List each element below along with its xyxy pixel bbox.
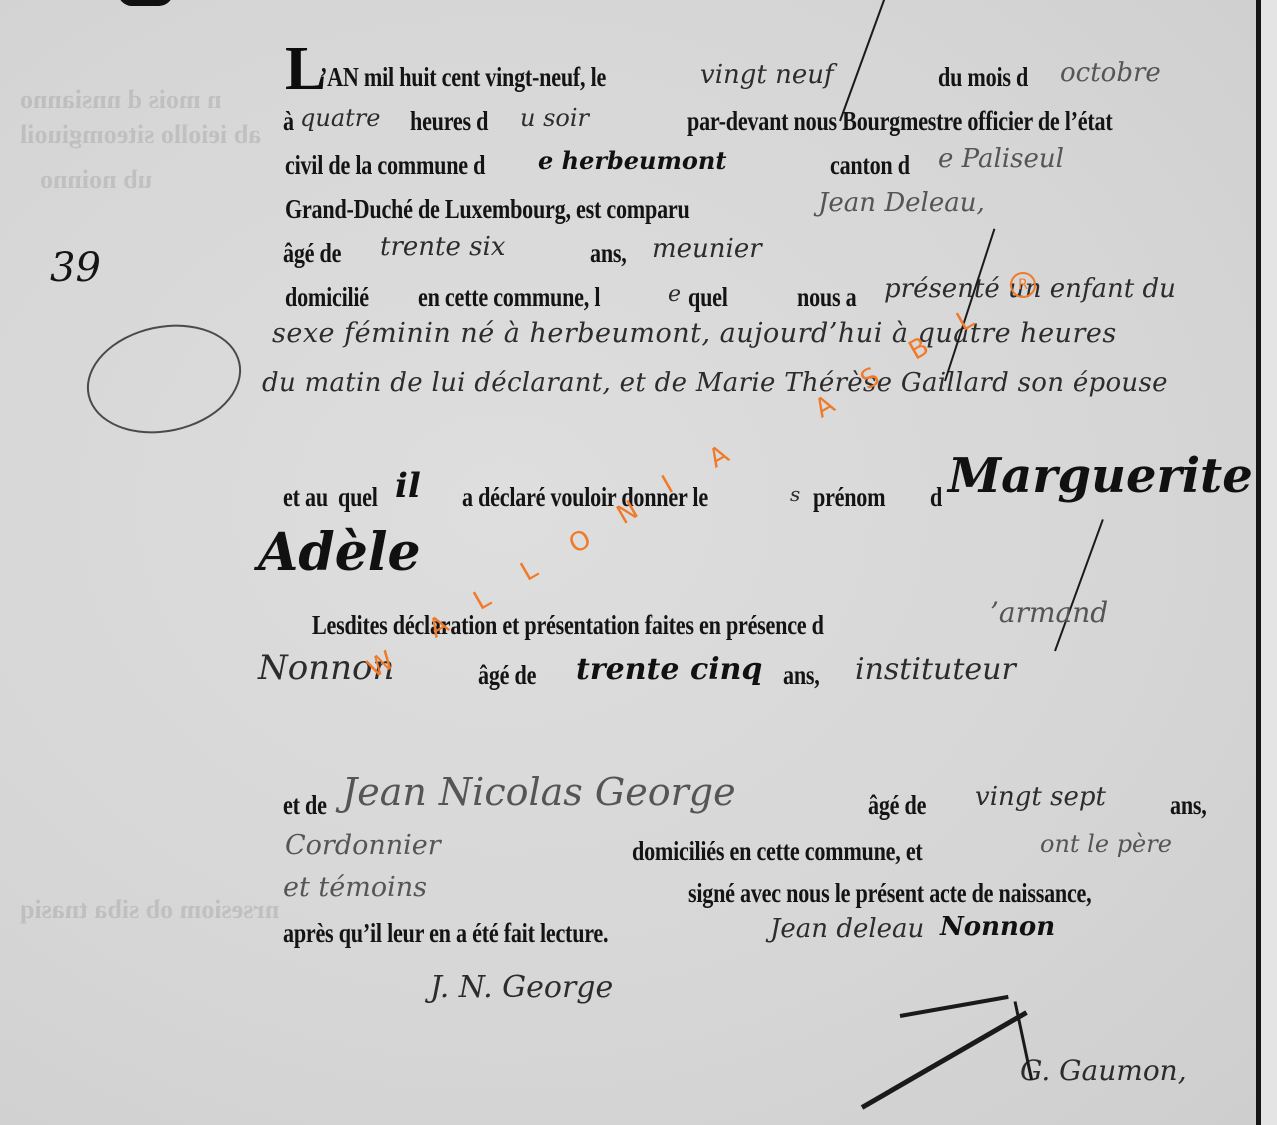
handwritten-witness1-first: ’armand xyxy=(990,596,1108,629)
printed-line-3b: canton d xyxy=(830,150,927,181)
printed-line-3a: civil de la commune d xyxy=(285,150,529,181)
printed-line-6b: en cette commune, l xyxy=(418,282,640,313)
handwritten-given-name-1: Marguerite xyxy=(948,448,1253,504)
handwritten-declarant: Jean Deleau, xyxy=(818,188,985,218)
printed-line-11: Lesdites déclaration et présentation fai… xyxy=(312,610,936,641)
printed-line-6d: nous a xyxy=(797,282,870,313)
printed-line-5b: ans, xyxy=(590,238,635,269)
printed-line-12b: ans, xyxy=(783,660,828,691)
printed-line-4: Grand-Duché de Luxembourg, est comparu xyxy=(285,194,778,225)
handwritten-witness2-name: Jean Nicolas George xyxy=(342,770,736,814)
handwritten-witness1-profession: instituteur xyxy=(855,652,1016,687)
handwritten-prenom-s: s xyxy=(790,482,800,506)
printed-line-9e: d xyxy=(930,482,945,513)
printed-line-16: signé avec nous le présent acte de naiss… xyxy=(688,878,1180,909)
printed-line-14a: et de xyxy=(283,790,336,821)
bleed-through-text: n mois d nnsianno xyxy=(20,85,222,115)
margin-act-number: 39 xyxy=(50,245,101,291)
printed-line-1a: ’AN mil huit cent vingt-neuf, le xyxy=(320,62,669,93)
handwritten-declarant-age: trente six xyxy=(380,232,505,262)
printed-line-6a: domicilié xyxy=(285,282,387,313)
handwritten-ont-les-pere: ont le père xyxy=(1040,830,1172,858)
printed-line-9d: prénom xyxy=(813,482,901,513)
handwritten-line-7: sexe féminin né à herbeumont, aujourd’hu… xyxy=(272,318,1117,349)
printed-line-14b: âgé de xyxy=(868,790,939,821)
bleed-through-text: nrsesiom ob siba tnasiq xyxy=(20,895,279,925)
handwritten-day: vingt neuf xyxy=(700,60,834,90)
handwritten-witness2-age: vingt sept xyxy=(975,782,1106,812)
handwritten-hour: quatre xyxy=(300,104,380,132)
printed-line-2b: heures d xyxy=(410,106,505,137)
printed-line-15: domiciliés en cette commune, et xyxy=(632,836,986,867)
signature-declarant: Jean deleau xyxy=(770,914,924,944)
printed-line-5a: âgé de xyxy=(283,238,354,269)
printed-line-1b: du mois d xyxy=(938,62,1048,93)
page-margin-strip xyxy=(1261,0,1277,1125)
registered-mark-icon: R xyxy=(1010,272,1036,298)
printed-line-2a: à xyxy=(283,106,296,137)
signature-witness2: J. N. George xyxy=(430,970,613,1005)
handwritten-given-name-2: Adèle xyxy=(258,522,421,583)
handwritten-et-temoins: et témoins xyxy=(283,872,427,903)
printed-line-17: après qu’il leur en a été fait lecture. xyxy=(283,918,680,949)
printed-line-12a: âgé de xyxy=(478,660,549,691)
handwritten-pronoun: il xyxy=(395,466,421,506)
handwritten-time-of-day: u soir xyxy=(520,104,589,132)
handwritten-declarant-profession: meunier xyxy=(652,234,762,264)
handwritten-line-8: du matin de lui déclarant, et de Marie T… xyxy=(262,368,1168,398)
handwritten-witness1-age: trente cinq xyxy=(576,652,762,687)
signature-witness1: Nonnon xyxy=(940,912,1055,942)
bleed-through-text: ub noinno xyxy=(40,165,152,195)
handwritten-month: octobre xyxy=(1060,58,1161,88)
bleed-through-text: ab ieiollo siteomgiuoil xyxy=(20,120,261,150)
handwritten-canton: e Paliseul xyxy=(938,144,1064,174)
printed-line-14c: ans, xyxy=(1170,790,1215,821)
signature-officer: G. Gaumon, xyxy=(1020,1054,1187,1087)
handwritten-commune: e herbeumont xyxy=(538,146,726,175)
handwritten-le-quel: e xyxy=(668,282,681,307)
printed-line-9a: et auquel xyxy=(283,482,386,513)
printed-line-6c: quel xyxy=(688,282,736,313)
printed-line-9c: a déclaré vouloir donner le xyxy=(462,482,762,513)
handwritten-witness2-profession: Cordonnier xyxy=(285,830,441,861)
printed-line-2c: par-devant nous Bourgmestre officier de … xyxy=(687,106,1206,137)
